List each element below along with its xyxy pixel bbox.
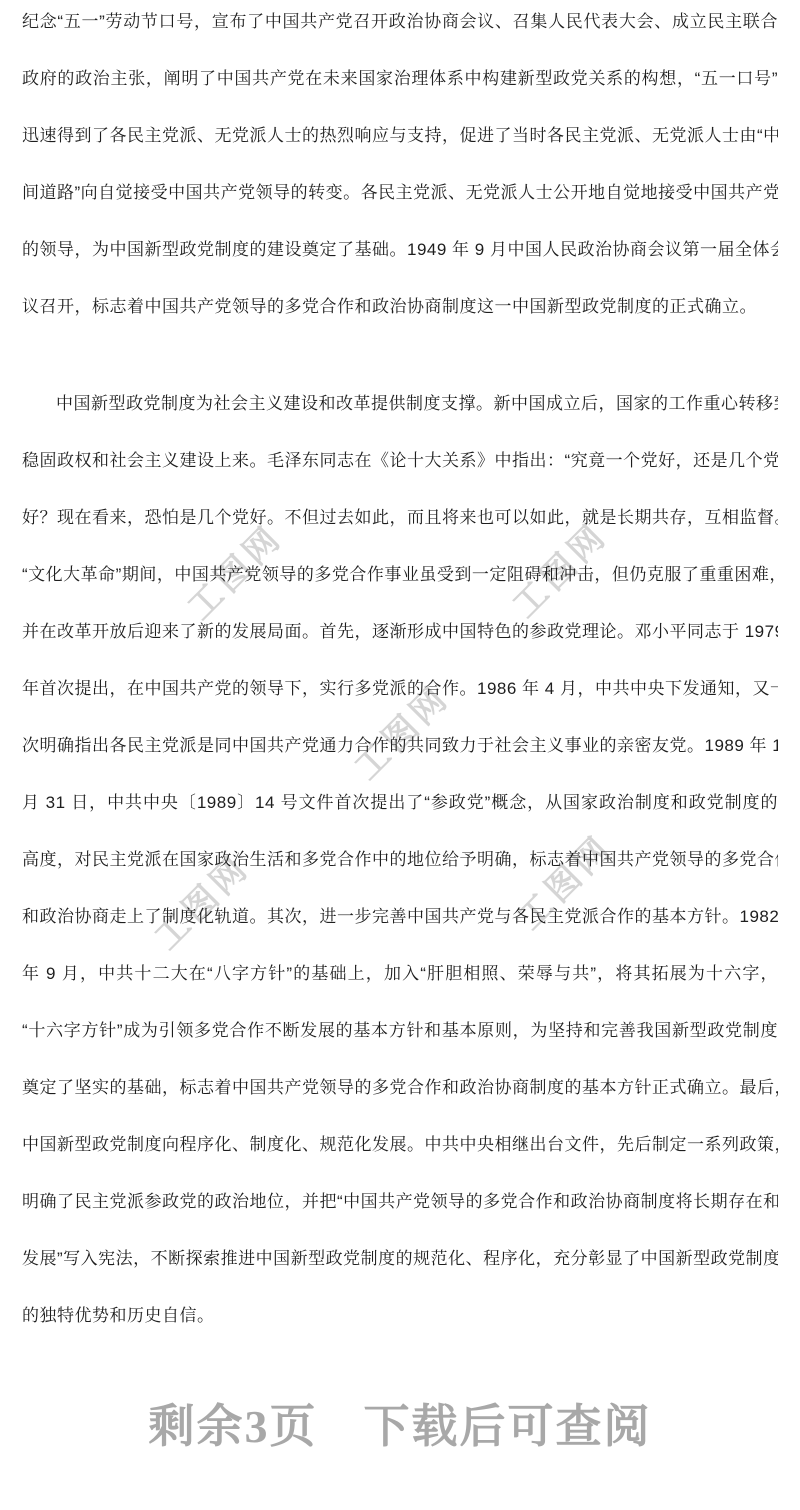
text-line: 中国新型政党制度向程序化、制度化、规范化发展。中共中央相继出台文件，先后制定一系… [22, 1116, 778, 1173]
text-line: 明确了民主党派参政党的政治地位，并把“中国共产党领导的多党合作和政治协商制度将长… [22, 1173, 778, 1230]
text-line: “文化大革命”期间，中国共产党领导的多党合作事业虽受到一定阻碍和冲击，但仍克服了… [22, 546, 778, 603]
text-line: 纪念“五一”劳动节口号，宣布了中国共产党召开政治协商会议、召集人民代表大会、成立… [22, 0, 778, 50]
text-line: 年首次提出，在中国共产党的领导下，实行多党派的合作。1986 年 4 月，中共中… [22, 660, 778, 717]
paragraph: 中国新型政党制度为社会主义建设和改革提供制度支撑。新中国成立后，国家的工作重心转… [22, 375, 778, 1344]
text-line: 发展”写入宪法，不断探索推进中国新型政党制度的规范化、程序化，充分彰显了中国新型… [22, 1230, 778, 1287]
text-line: 并在改革开放后迎来了新的发展局面。首先，逐渐形成中国特色的参政党理论。邓小平同志… [22, 603, 778, 660]
text-line: 年 9 月，中共十二大在“八字方针”的基础上，加入“肝胆相照、荣辱与共”，将其拓… [22, 945, 778, 1002]
paragraph: 纪念“五一”劳动节口号，宣布了中国共产党召开政治协商会议、召集人民代表大会、成立… [22, 0, 778, 335]
text-line: 的独特优势和历史自信。 [22, 1287, 778, 1344]
text-line: “十六字方针”成为引领多党合作不断发展的基本方针和基本原则，为坚持和完善我国新型… [22, 1002, 778, 1059]
text-line: 月 31 日，中共中央〔1989〕14 号文件首次提出了“参政党”概念，从国家政… [22, 774, 778, 831]
text-line: 间道路”向自觉接受中国共产党领导的转变。各民主党派、无党派人士公开地自觉地接受中… [22, 164, 778, 221]
text-line: 的领导，为中国新型政党制度的建设奠定了基础。1949 年 9 月中国人民政治协商… [22, 221, 778, 278]
text-line: 稳固政权和社会主义建设上来。毛泽东同志在《论十大关系》中指出：“究竟一个党好，还… [22, 432, 778, 489]
text-line: 好？现在看来，恐怕是几个党好。不但过去如此，而且将来也可以如此，就是长期共存，互… [22, 489, 778, 546]
text-line: 奠定了坚实的基础，标志着中国共产党领导的多党合作和政治协商制度的基本方针正式确立… [22, 1059, 778, 1116]
text-line: 高度，对民主党派在国家政治生活和多党合作中的地位给予明确，标志着中国共产党领导的… [22, 831, 778, 888]
text-line: 和政治协商走上了制度化轨道。其次，进一步完善中国共产党与各民主党派合作的基本方针… [22, 888, 778, 945]
text-line: 次明确指出各民主党派是同中国共产党通力合作的共同致力于社会主义事业的亲密友党。1… [22, 717, 778, 774]
text-line: 政府的政治主张，阐明了中国共产党在未来国家治理体系中构建新型政党关系的构想，“五… [22, 50, 778, 107]
text-line: 中国新型政党制度为社会主义建设和改革提供制度支撑。新中国成立后，国家的工作重心转… [22, 375, 778, 432]
text-line: 迅速得到了各民主党派、无党派人士的热烈响应与支持，促进了当时各民主党派、无党派人… [22, 107, 778, 164]
preview-footer: 剩余3页下载后可查阅 [0, 1402, 800, 1453]
pages-remaining-label: 剩余3页 [149, 1401, 318, 1452]
document-body: 纪念“五一”劳动节口号，宣布了中国共产党召开政治协商会议、召集人民代表大会、成立… [22, 0, 778, 1344]
document-page: 工图网工图网工图网工图网工图网 纪念“五一”劳动节口号，宣布了中国共产党召开政治… [0, 0, 800, 1510]
download-hint-label: 下载后可查阅 [364, 1401, 652, 1452]
text-line: 议召开，标志着中国共产党领导的多党合作和政治协商制度这一中国新型政党制度的正式确… [22, 278, 778, 335]
